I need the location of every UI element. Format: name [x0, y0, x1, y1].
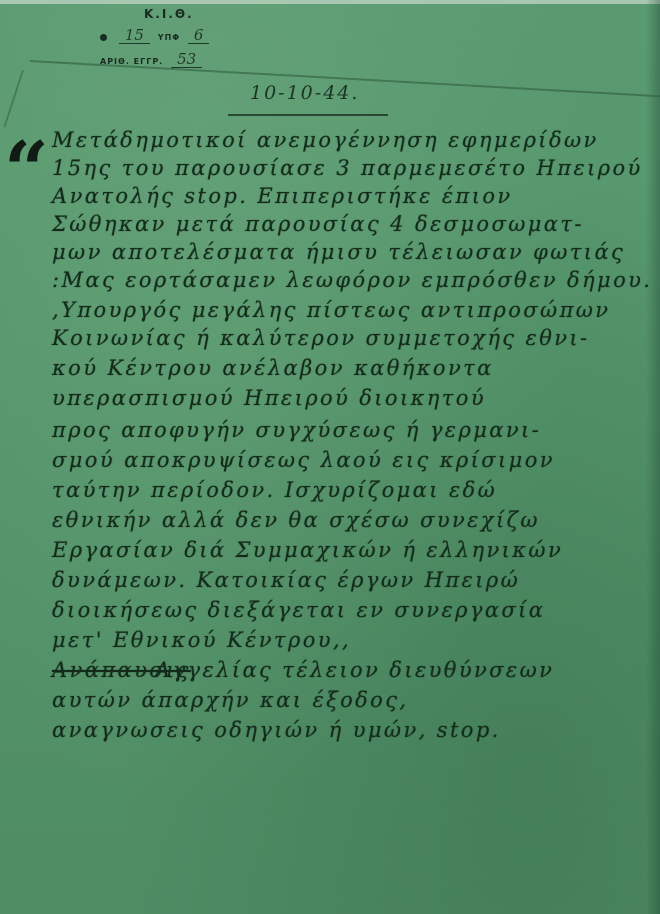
scanned-document: Κ.Ι.Θ. 15 ΥΠΦ 6 ΑΡΙΘ. ΕΓΓΡ. 53 10-10-44.… [0, 0, 660, 914]
handwritten-line: ταύτην περίοδον. Ισχυρίζομαι εδώ [52, 478, 497, 502]
handwritten-line: ,Υπουργός μεγάλης πίστεως αντιπροσώπων [52, 298, 610, 322]
handwritten-line: μετ' Εθνικού Κέντρου,, [52, 628, 351, 652]
handwritten-line: προς αποφυγήν συγχύσεως ή γερμανι- [52, 418, 541, 442]
stamp-label: ΥΠΦ [158, 33, 180, 42]
handwritten-line: δυνάμεων. Κατοικίας έργων Ηπειρώ [52, 568, 520, 592]
stamp-value-day: 15 [119, 28, 150, 44]
stamp-value-month: 6 [188, 28, 210, 44]
sheet-left-edge [4, 70, 24, 128]
handwritten-line: Αγγελίας τέλειον διευθύνσεων [155, 658, 554, 682]
handwritten-line: εθνικήν αλλά δεν θα σχέσω συνεχίζω [52, 508, 540, 532]
handwritten-line: Ανατολής stop. Επιπεριστήκε έπιον [52, 184, 513, 208]
scan-right-shadow [646, 0, 660, 914]
handwritten-line: σμού αποκρυψίσεως λαού εις κρίσιμον [52, 448, 555, 472]
stamp-title: Κ.Ι.Θ. [144, 8, 194, 20]
bullet-icon [100, 34, 107, 41]
handwritten-line: μων αποτελέσματα ήμισυ τέλειωσαν φωτιάς [52, 240, 625, 264]
stamp-row-date: 15 ΥΠΦ 6 [100, 28, 213, 44]
handwritten-line: υπερασπισμού Ηπειρού διοικητού [52, 386, 486, 410]
handwritten-line: 15ης του παρουσίασε 3 παρμεμεσέτο Ηπειρο… [52, 156, 643, 180]
handwritten-line: Μετάδημοτικοί ανεμογέννηση εφημερίδων [52, 128, 599, 152]
handwritten-line: διοικήσεως διεξάγεται εν συνεργασία [52, 598, 545, 622]
handwritten-line: Εργασίαν διά Συμμαχικών ή ελληνικών [52, 538, 563, 562]
document-date: 10-10-44. [250, 82, 359, 104]
date-underline [228, 114, 388, 116]
handwritten-line: Σώθηκαν μετά παρουσίας 4 δεσμοσωματ- [52, 212, 584, 236]
handwritten-line: :Μας εορτάσαμεν λεωφόρον εμπρόσθεν δήμου… [52, 268, 652, 292]
scan-top-edge [0, 0, 660, 4]
opening-quote-mark: “ [4, 132, 49, 210]
handwritten-line: κού Κέντρου ανέλαβον καθήκοντα [52, 356, 494, 380]
handwritten-line: αναγνωσεις οδηγιών ή υμών, stop. [52, 718, 501, 742]
stamp-number-value: 53 [171, 52, 202, 68]
handwritten-line: Κοινωνίας ή καλύτερον συμμετοχής εθνι- [52, 326, 590, 350]
handwritten-line: αυτών άπαρχήν και έξοδος, [52, 688, 408, 712]
